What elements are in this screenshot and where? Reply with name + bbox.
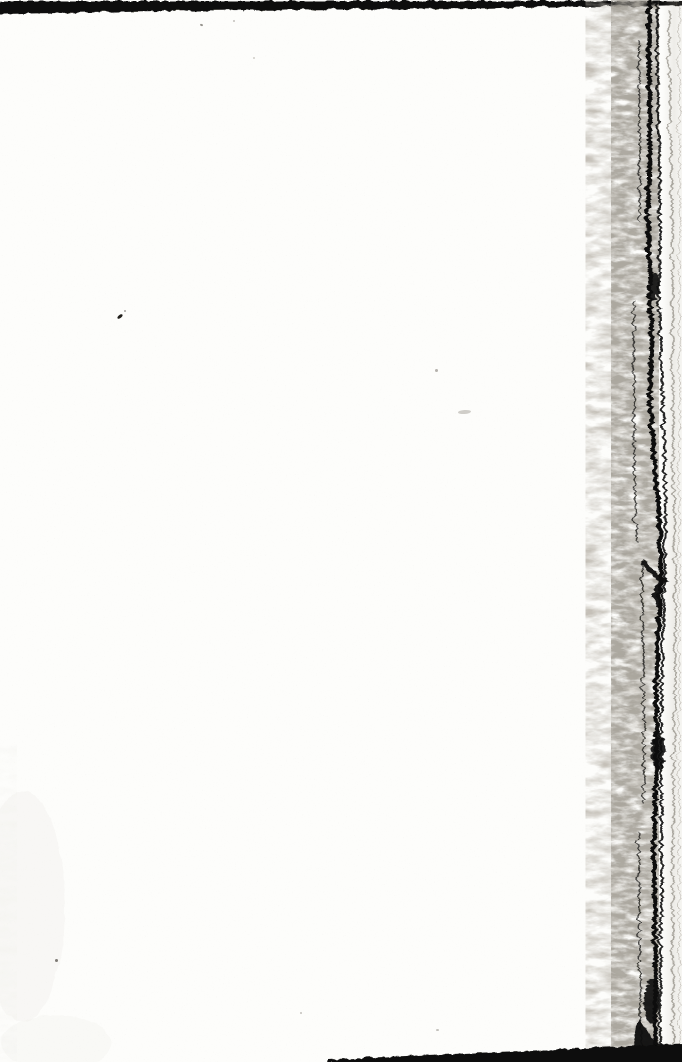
page-artwork — [0, 0, 682, 1062]
paper-grain-texture — [0, 0, 682, 1062]
right-page-edge — [596, 0, 682, 1062]
scanned-page — [0, 0, 682, 1062]
